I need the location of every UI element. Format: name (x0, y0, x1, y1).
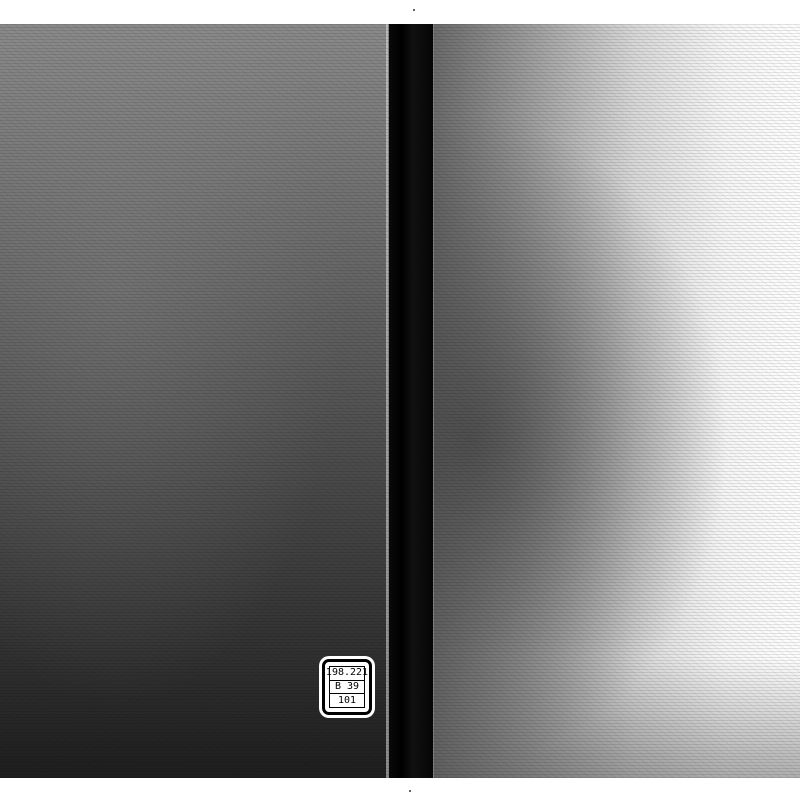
book-cover-scan (0, 24, 800, 778)
call-number-label: 198.221 B 39 101 (322, 659, 372, 715)
scan-speck (413, 9, 415, 11)
call-number-line-1: 198.221 (329, 666, 365, 681)
call-number-line-3: 101 (329, 694, 365, 708)
front-cover (434, 24, 800, 778)
spine-edge-left (386, 24, 389, 778)
book-spine (388, 24, 434, 778)
call-number-line-2: B 39 (329, 681, 365, 695)
scan-speck (409, 790, 411, 792)
